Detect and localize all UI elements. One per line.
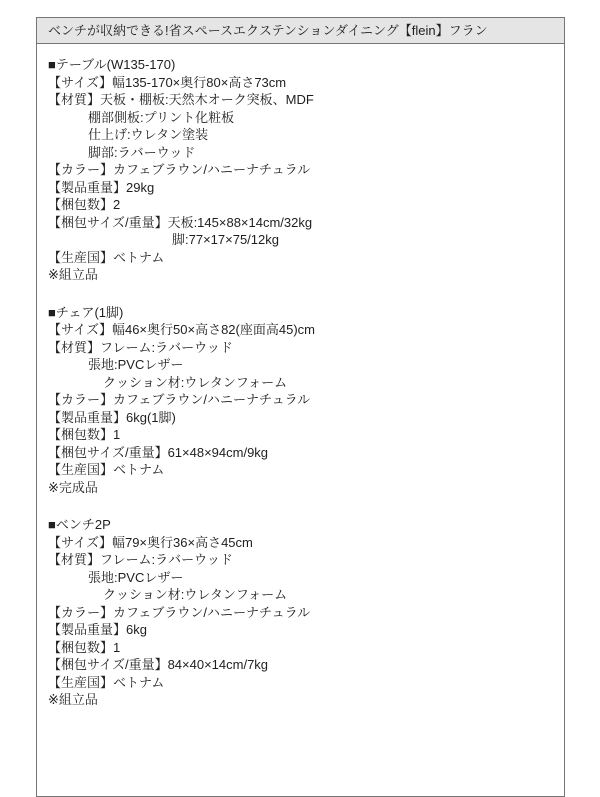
- product-title: ベンチが収納できる!省スペースエクステンションダイニング【flein】フラン: [48, 23, 488, 38]
- spec-section-chair: ■チェア(1脚) 【サイズ】幅46×奥行50×高さ82(座面高45)cm 【材質…: [48, 304, 553, 497]
- spec-line: クッション材:ウレタンフォーム: [48, 374, 553, 392]
- spec-line: 張地:PVCレザー: [48, 356, 553, 374]
- spec-line: 仕上げ:ウレタン塗装: [48, 126, 553, 144]
- spec-line: 【生産国】ベトナム: [48, 461, 553, 479]
- spec-line: 【サイズ】幅46×奥行50×高さ82(座面高45)cm: [48, 321, 553, 339]
- product-spec-panel: ベンチが収納できる!省スペースエクステンションダイニング【flein】フラン ■…: [36, 17, 565, 724]
- section-title-bench: ■ベンチ2P: [48, 516, 553, 534]
- spec-line: 棚部側板:プリント化粧板: [48, 109, 553, 127]
- spec-line: 【梱包数】1: [48, 639, 553, 657]
- spec-line: 脚部:ラバーウッド: [48, 144, 553, 162]
- section-title-chair: ■チェア(1脚): [48, 304, 553, 322]
- spec-section-bench: ■ベンチ2P 【サイズ】幅79×奥行36×高さ45cm 【材質】フレーム:ラバー…: [48, 516, 553, 709]
- spec-line: 【製品重量】29kg: [48, 179, 553, 197]
- spec-content: ■テーブル(W135-170) 【サイズ】幅135-170×奥行80×高さ73c…: [37, 44, 564, 709]
- spec-line: 【カラー】カフェブラウン/ハニーナチュラル: [48, 161, 553, 179]
- spec-line: 張地:PVCレザー: [48, 569, 553, 587]
- section-title-table: ■テーブル(W135-170): [48, 56, 553, 74]
- spec-line: 【梱包数】1: [48, 426, 553, 444]
- spec-line: 【サイズ】幅79×奥行36×高さ45cm: [48, 534, 553, 552]
- spec-line: クッション材:ウレタンフォーム: [48, 586, 553, 604]
- spec-line: ※完成品: [48, 479, 553, 497]
- spec-line: 【材質】天板・棚板:天然木オーク突板、MDF: [48, 91, 553, 109]
- product-title-bar: ベンチが収納できる!省スペースエクステンションダイニング【flein】フラン: [37, 18, 564, 44]
- spec-line: 【カラー】カフェブラウン/ハニーナチュラル: [48, 604, 553, 622]
- spec-line: 【材質】フレーム:ラバーウッド: [48, 339, 553, 357]
- spec-line: 【生産国】ベトナム: [48, 674, 553, 692]
- spec-line: 【梱包サイズ/重量】天板:145×88×14cm/32kg: [48, 214, 553, 232]
- spec-line: ※組立品: [48, 691, 553, 709]
- spec-line: 脚:77×17×75/12kg: [48, 231, 553, 249]
- spec-line: ※組立品: [48, 266, 553, 284]
- spec-line: 【梱包サイズ/重量】84×40×14cm/7kg: [48, 656, 553, 674]
- spec-line: 【カラー】カフェブラウン/ハニーナチュラル: [48, 391, 553, 409]
- spec-line: 【生産国】ベトナム: [48, 249, 553, 267]
- spec-line: 【サイズ】幅135-170×奥行80×高さ73cm: [48, 74, 553, 92]
- spec-lines-chair: 【サイズ】幅46×奥行50×高さ82(座面高45)cm 【材質】フレーム:ラバー…: [48, 321, 553, 496]
- spec-lines-bench: 【サイズ】幅79×奥行36×高さ45cm 【材質】フレーム:ラバーウッド 張地:…: [48, 534, 553, 709]
- spec-lines-table: 【サイズ】幅135-170×奥行80×高さ73cm 【材質】天板・棚板:天然木オ…: [48, 74, 553, 284]
- spec-section-table: ■テーブル(W135-170) 【サイズ】幅135-170×奥行80×高さ73c…: [48, 56, 553, 284]
- spec-line: 【製品重量】6kg(1脚): [48, 409, 553, 427]
- spec-line: 【梱包数】2: [48, 196, 553, 214]
- spec-line: 【材質】フレーム:ラバーウッド: [48, 551, 553, 569]
- spec-line: 【梱包サイズ/重量】61×48×94cm/9kg: [48, 444, 553, 462]
- spec-line: 【製品重量】6kg: [48, 621, 553, 639]
